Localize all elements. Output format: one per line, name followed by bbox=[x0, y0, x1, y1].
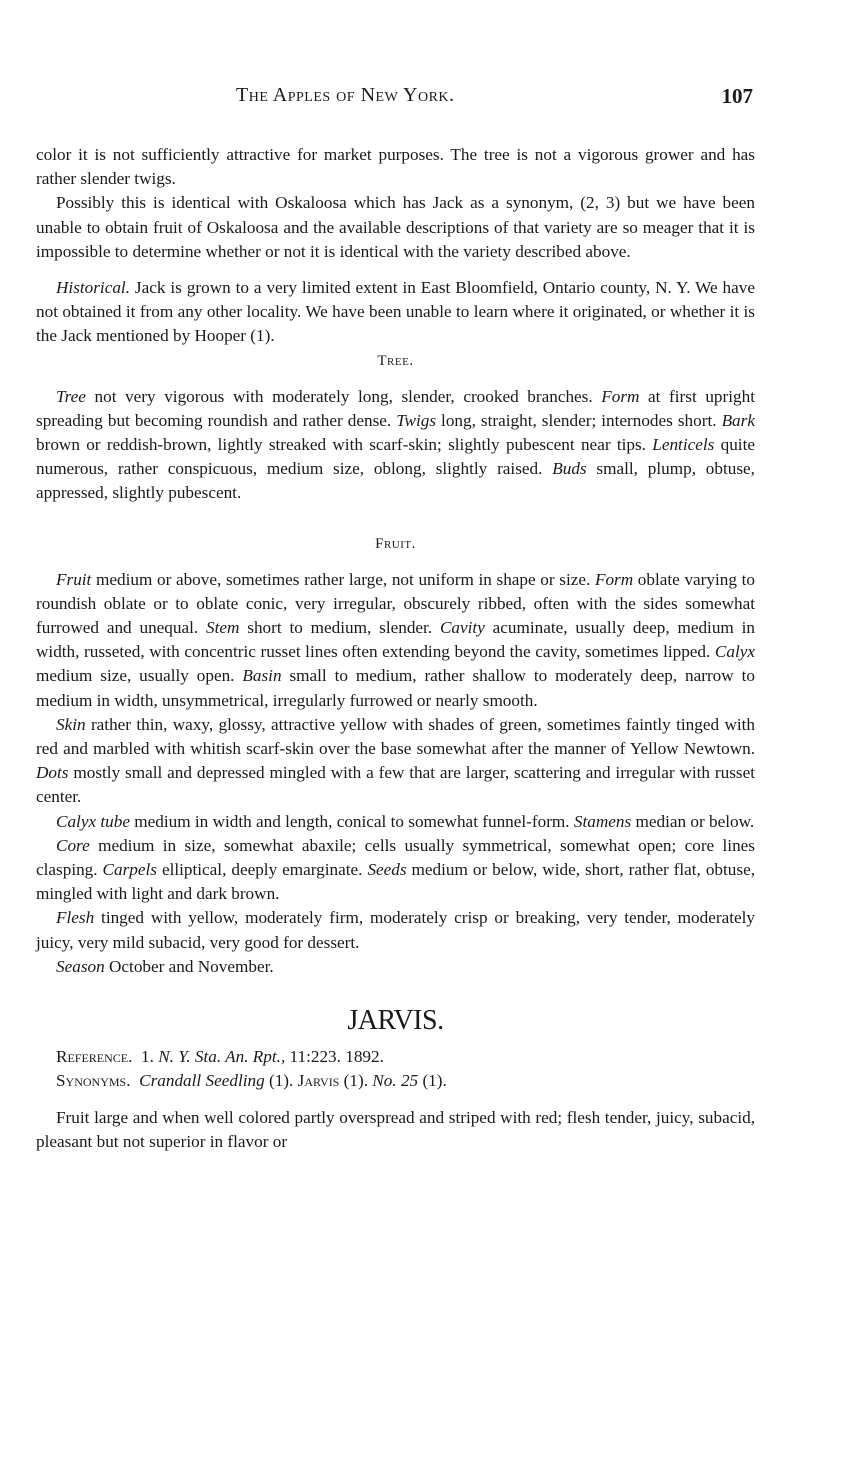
running-title: The Apples of New York. bbox=[236, 84, 455, 107]
reference-line: Reference. 1. N. Y. Sta. An. Rpt., 11:22… bbox=[36, 1045, 755, 1069]
historical-label: Historical. bbox=[56, 278, 130, 297]
section-heading-tree: Tree. bbox=[36, 349, 755, 373]
section-heading-fruit: Fruit. bbox=[36, 532, 755, 556]
paragraph-skin: Skin rather thin, waxy, glossy, attracti… bbox=[36, 713, 755, 810]
paragraph-oskaloosa: Possibly this is identical with Oskaloos… bbox=[36, 191, 755, 264]
synonyms-label: Synonyms. bbox=[56, 1071, 131, 1090]
paragraph-fruit: Fruit medium or above, sometimes rather … bbox=[36, 568, 755, 713]
paragraph-tree: Tree not very vigorous with moderately l… bbox=[36, 385, 755, 506]
page-number: 107 bbox=[722, 84, 754, 109]
paragraph-core: Core medium in size, somewhat abaxile; c… bbox=[36, 834, 755, 907]
paragraph-historical: Historical. Jack is grown to a very limi… bbox=[36, 276, 755, 349]
reference-label: Reference. bbox=[56, 1047, 132, 1066]
paragraph-calyx-tube: Calyx tube medium in width and length, c… bbox=[36, 810, 755, 834]
running-head: The Apples of New York. 107 bbox=[36, 84, 755, 112]
variety-title: JARVIS. bbox=[36, 1001, 755, 1041]
paragraph-jarvis-description: Fruit large and when well colored partly… bbox=[36, 1106, 755, 1154]
body-text: color it is not sufficiently attractive … bbox=[36, 143, 755, 1154]
paragraph-flesh: Flesh tinged with yellow, moderately fir… bbox=[36, 906, 755, 954]
synonyms-line: Synonyms. Crandall Seedling (1). Jarvis … bbox=[36, 1069, 755, 1093]
paragraph-intro-continued: color it is not sufficiently attractive … bbox=[36, 143, 755, 191]
paragraph-season: Season October and November. bbox=[36, 955, 755, 979]
